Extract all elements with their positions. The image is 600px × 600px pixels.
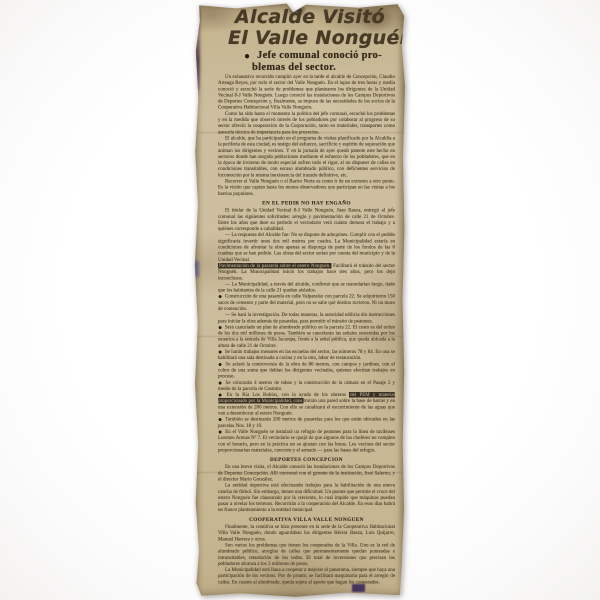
article-headline: Alcalde Visitó El Valle Nonguén (228, 7, 405, 49)
body-paragraph: Recorrer el Valle Nonguén o el Barrio No… (218, 179, 395, 197)
bullet-text: También se destinarán 200 metros de pasa… (218, 417, 395, 429)
bullet-item: ●Se colocarán 4 metros de tubos y la con… (218, 380, 395, 392)
body-paragraph: Como ha sido hasta el momento la polític… (218, 111, 395, 136)
subhead-text: Jefe comunal conoció pro- blemas del sec… (257, 50, 382, 73)
body-paragraph: Son varios los problemas que tienen los … (218, 542, 395, 567)
bullet-item: ●Construcción de una pasarela en calle V… (218, 294, 395, 312)
body-paragraph: En una breve visita, el Alcalde conoció … (218, 464, 395, 482)
purple-ink-mark-top-left (194, 5, 200, 107)
bullet-text: En el Valle Nonguén se instalará un refu… (218, 429, 395, 453)
scan-page: Alcalde Visitó El Valle Nonguén ● Jefe c… (0, 0, 600, 600)
bullet-text: Se aclaró la controversia de la obra de … (218, 361, 395, 379)
subhead-line1: Jefe comunal conoció pro- (257, 50, 382, 62)
bullet-item: ●En el Valle Nonguén se instalará un ref… (218, 429, 395, 454)
highlighted-text: Pavimentación de la pasarela sobre el es… (218, 263, 332, 269)
subhead-line2: blemas del sector. (252, 62, 382, 74)
bullet-text: Se harán trabajos menores en las escuela… (218, 349, 395, 361)
body-paragraph-reply: — La Municipalidad, a través del alcalde… (218, 281, 395, 293)
article-body: Un exhaustivo recorrido cumplió ayer en … (218, 74, 395, 596)
bullet-item: ●Será cancelado un plan de alumbrado púb… (218, 324, 395, 349)
bullet-text: Construcción de una pasarela en calle Va… (218, 294, 395, 312)
body-paragraph: La entidad deportiva está efectuando tra… (218, 483, 395, 514)
body-paragraph-highlighted: Pavimentación de la pasarela sobre el es… (218, 263, 395, 281)
body-paragraph-reply: — Se hará la investigación. De todas man… (218, 312, 395, 324)
bullet-text: En la Ría Los Bohíos, con la ayuda de lo… (227, 392, 349, 398)
article-body-column: Un exhaustivo recorrido cumplió ayer en … (218, 74, 395, 586)
article-subhead: ● Jefe comunal conoció pro- blemas del s… (244, 50, 396, 73)
bullet-item: ●Se harán trabajos menores en las escuel… (218, 349, 395, 361)
newspaper-clipping-wrap: Alcalde Visitó El Valle Nonguén ● Jefe c… (194, 3, 405, 598)
body-paragraph: Un exhaustivo recorrido cumplió ayer en … (218, 74, 395, 111)
body-paragraph: El alcalde, que ha participado en el pro… (218, 135, 395, 178)
section-heading-cooperativa: COOPERATIVA VILLA VALLE NONGUEN (218, 517, 395, 523)
bullet-text: Se colocarán 4 metros de tubos y la cons… (218, 380, 395, 392)
body-paragraph: El titular de la Unidad Vecinal 8-J Vall… (218, 208, 395, 233)
bullet-item: ●Se aclaró la controversia de la obra de… (218, 361, 395, 379)
headline-line2: El Valle Nonguén (228, 28, 405, 49)
body-paragraph-reply: — La respuesta del Alcalde fue: No se di… (218, 232, 395, 263)
bullet-icon: ● (244, 52, 250, 73)
body-paragraph: La Municipalidad está llana a cooperar a… (218, 567, 395, 585)
bullet-item-highlighted: ●En la Ría Los Bohíos, con la ayuda de l… (218, 392, 395, 417)
section-heading-deportes: DEPORTES CONCEPCION (218, 457, 395, 463)
blue-ink-mark-left-middle (194, 261, 199, 277)
bullet-item: ●También se destinarán 200 metros de pas… (218, 417, 395, 429)
purple-ink-mark-left (195, 67, 199, 89)
body-paragraph: Finalmente, la comitiva se hizo presente… (218, 524, 395, 542)
section-heading-pedir: EN EL PEDIR NO HAY ENGAÑO (218, 200, 395, 206)
headline-line1: Alcalde Visitó (235, 7, 405, 28)
newspaper-clipping: Alcalde Visitó El Valle Nonguén ● Jefe c… (194, 3, 405, 598)
bullet-text: Será cancelado un plan de alumbrado públ… (218, 324, 395, 348)
